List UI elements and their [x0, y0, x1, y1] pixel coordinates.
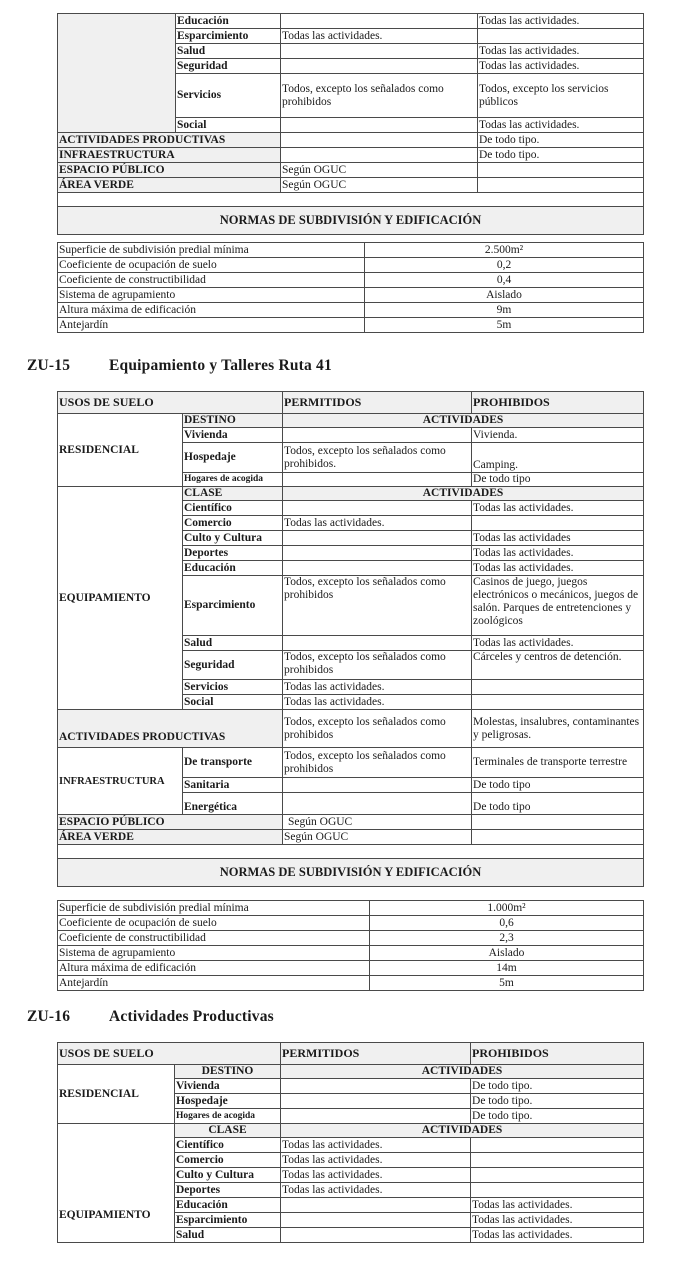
permitidos-cell [283, 546, 472, 561]
clase-cell: Servicios [176, 74, 281, 118]
normas-title: NORMAS DE SUBDIVISIÓN Y EDIFICACIÓN [58, 859, 644, 887]
norma-value: 2,3 [370, 931, 644, 946]
norma-value: 1.000m² [370, 901, 644, 916]
zone-code: ZU-15 [27, 357, 109, 375]
prohibidos-cell: De todo tipo. [478, 148, 644, 163]
clase-cell: Comercio [175, 1153, 281, 1168]
header-prohibidos: PROHIBIDOS [472, 392, 644, 414]
clase-cell: Deportes [183, 546, 283, 561]
norma-value: 5m [365, 318, 644, 333]
permitidos-cell [283, 428, 472, 443]
permitidos-cell [283, 778, 472, 793]
norma-value: Aislado [365, 288, 644, 303]
destino-cell: Hogares de acogida [175, 1109, 281, 1124]
prohibidos-cell: Todas las actividades [472, 531, 644, 546]
permitidos-cell [281, 44, 478, 59]
prohibidos-cell [471, 1168, 644, 1183]
permitidos-cell [283, 561, 472, 576]
prohibidos-cell: Camping. [472, 443, 644, 473]
permitidos-cell [281, 1079, 471, 1094]
permitidos-cell: Según OGUC [283, 815, 472, 830]
clase-cell: Social [176, 118, 281, 133]
clase-cell: Deportes [175, 1183, 281, 1198]
norma-label: Coeficiente de ocupación de suelo [58, 258, 365, 273]
actividades-header: ACTIVIDADES [283, 487, 644, 501]
clase-cell: Seguridad [176, 59, 281, 74]
permitidos-cell: Según OGUC [281, 178, 478, 193]
zu14-normas-table: Superficie de subdivisión predial mínima… [57, 242, 644, 333]
residencial-label: RESIDENCIAL [58, 414, 183, 487]
clase-cell: Salud [176, 44, 281, 59]
infraestructura-label: INFRAESTRUCTURA [58, 748, 183, 815]
clase-cell: Esparcimiento [176, 29, 281, 44]
prohibidos-cell: Todas las actividades. [471, 1228, 644, 1243]
header-usos: USOS DE SUELO [58, 1043, 281, 1065]
prohibidos-cell: Todos, excepto los servicios públicos [478, 74, 644, 118]
permitidos-cell [281, 1198, 471, 1213]
norma-value: 2.500m² [365, 243, 644, 258]
permitidos-cell [281, 133, 478, 148]
prohibidos-cell [472, 680, 644, 695]
prohibidos-cell: Todas las actividades. [472, 636, 644, 651]
norma-label: Coeficiente de ocupación de suelo [58, 916, 370, 931]
zu15-normas-table: Superficie de subdivisión predial mínima… [57, 900, 644, 991]
prohibidos-cell [472, 830, 644, 845]
prohibidos-cell [472, 815, 644, 830]
espacio-publico-label: ESPACIO PÚBLICO [58, 815, 283, 830]
prohibidos-cell: Todas las actividades. [472, 546, 644, 561]
clase-cell: Educación [175, 1198, 281, 1213]
zone-name: Actividades Productivas [109, 1008, 274, 1025]
destino-cell: Hogares de acogida [183, 473, 283, 487]
permitidos-cell: Todos, excepto los señalados como prohib… [283, 748, 472, 778]
header-permitidos: PERMITIDOS [283, 392, 472, 414]
permitidos-cell [283, 636, 472, 651]
zu14-usos-table-fragment: Educación Todas las actividades. Esparci… [57, 13, 644, 235]
clase-cell: Servicios [183, 680, 283, 695]
norma-label: Coeficiente de constructibilidad [58, 273, 365, 288]
permitidos-cell: Todos, excepto los señalados como prohib… [283, 710, 472, 748]
prohibidos-cell: Todas las actividades. [471, 1198, 644, 1213]
equipamiento-label: EQUIPAMIENTO [58, 1124, 175, 1243]
zone-name: Equipamiento y Talleres Ruta 41 [109, 357, 332, 374]
permitidos-cell [283, 531, 472, 546]
clase-header: CLASE [183, 487, 283, 501]
norma-value: 0,6 [370, 916, 644, 931]
norma-label: Antejardín [58, 318, 365, 333]
clase-cell: Científico [183, 501, 283, 516]
destino-cell: Hospedaje [183, 443, 283, 473]
uso-label-cell: ACTIVIDADES PRODUCTIVAS [58, 133, 281, 148]
permitidos-cell: Todas las actividades. [283, 680, 472, 695]
permitidos-cell: Todas las actividades. [281, 1183, 471, 1198]
permitidos-cell: Todas las actividades. [281, 1138, 471, 1153]
clase-cell: Culto y Cultura [175, 1168, 281, 1183]
permitidos-cell [281, 1109, 471, 1124]
destino-header: DESTINO [175, 1065, 281, 1079]
clase-cell: Salud [175, 1228, 281, 1243]
uso-label-cell: INFRAESTRUCTURA [58, 148, 281, 163]
permitidos-cell: Todos, excepto los señalados como prohib… [283, 576, 472, 636]
prohibidos-cell: Todas las actividades. [478, 118, 644, 133]
norma-value: 5m [370, 976, 644, 991]
prohibidos-cell [478, 29, 644, 44]
permitidos-cell [281, 1094, 471, 1109]
prohibidos-cell: De todo tipo. [471, 1079, 644, 1094]
permitidos-cell [283, 473, 472, 487]
clase-cell: Educación [183, 561, 283, 576]
prohibidos-cell: De todo tipo [472, 473, 644, 487]
prohibidos-cell [471, 1138, 644, 1153]
clase-cell: Científico [175, 1138, 281, 1153]
norma-label: Superficie de subdivisión predial mínima [58, 243, 365, 258]
norma-value: 0,2 [365, 258, 644, 273]
norma-value: 0,4 [365, 273, 644, 288]
prohibidos-cell [478, 178, 644, 193]
prohibidos-cell: De todo tipo. [471, 1109, 644, 1124]
clase-cell: Seguridad [183, 651, 283, 680]
zu15-usos-table: USOS DE SUELO PERMITIDOS PROHIBIDOS RESI… [57, 391, 644, 887]
permitidos-cell: Todos, excepto los señalados como prohib… [281, 74, 478, 118]
section-title-zu16: ZU-16Actividades Productivas [27, 1008, 274, 1026]
prohibidos-cell: Todas las actividades. [472, 501, 644, 516]
normas-title: NORMAS DE SUBDIVISIÓN Y EDIFICACIÓN [58, 207, 644, 235]
zone-code: ZU-16 [27, 1008, 109, 1026]
actividades-header: ACTIVIDADES [281, 1065, 644, 1079]
prohibidos-cell: Casinos de juego, juegos electrónicos o … [472, 576, 644, 636]
prohibidos-cell: Todas las actividades. [471, 1213, 644, 1228]
clase-cell: Culto y Cultura [183, 531, 283, 546]
norma-label: Antejardín [58, 976, 370, 991]
prohibidos-cell [471, 1153, 644, 1168]
clase-cell: Comercio [183, 516, 283, 531]
permitidos-cell: Todas las actividades. [283, 516, 472, 531]
equipamiento-label-cell [58, 14, 176, 133]
prohibidos-cell [472, 516, 644, 531]
permitidos-cell [281, 1213, 471, 1228]
destino-cell: Hospedaje [175, 1094, 281, 1109]
clase-header: CLASE [175, 1124, 281, 1138]
clase-cell: Esparcimiento [175, 1213, 281, 1228]
permitidos-cell: Todos, excepto los señalados como prohib… [283, 443, 472, 473]
prohibidos-cell: Todas las actividades. [472, 561, 644, 576]
norma-label: Coeficiente de constructibilidad [58, 931, 370, 946]
actividades-productivas-label: ACTIVIDADES PRODUCTIVAS [58, 710, 283, 748]
permitidos-cell: Todas las actividades. [281, 1153, 471, 1168]
prohibidos-cell: Todas las actividades. [478, 59, 644, 74]
permitidos-cell [281, 1228, 471, 1243]
zu16-usos-table: USOS DE SUELO PERMITIDOS PROHIBIDOS RESI… [57, 1042, 644, 1243]
norma-value: 9m [365, 303, 644, 318]
clase-cell: Esparcimiento [183, 576, 283, 636]
tipo-cell: Energética [183, 793, 283, 815]
header-usos: USOS DE SUELO [58, 392, 283, 414]
permitidos-cell: Según OGUC [283, 830, 472, 845]
prohibidos-cell: De todo tipo. [471, 1094, 644, 1109]
norma-label: Sistema de agrupamiento [58, 288, 365, 303]
permitidos-cell [283, 793, 472, 815]
prohibidos-cell [471, 1183, 644, 1198]
norma-label: Sistema de agrupamiento [58, 946, 370, 961]
equipamiento-label: EQUIPAMIENTO [58, 487, 183, 710]
permitidos-cell [283, 501, 472, 516]
area-verde-label: ÁREA VERDE [58, 830, 283, 845]
prohibidos-cell: Vivienda. [472, 428, 644, 443]
prohibidos-cell: Molestas, insalubres, contaminantes y pe… [472, 710, 644, 748]
norma-value: Aislado [370, 946, 644, 961]
header-prohibidos: PROHIBIDOS [471, 1043, 644, 1065]
prohibidos-cell: De todo tipo [472, 778, 644, 793]
clase-cell: Educación [176, 14, 281, 29]
destino-cell: Vivienda [183, 428, 283, 443]
permitidos-cell: Todos, excepto los señalados como prohib… [283, 651, 472, 680]
permitidos-cell [281, 59, 478, 74]
norma-label: Superficie de subdivisión predial mínima [58, 901, 370, 916]
spacer-row [58, 193, 644, 207]
norma-label: Altura máxima de edificación [58, 961, 370, 976]
destino-header: DESTINO [183, 414, 283, 428]
permitidos-cell: Todas las actividades. [281, 1168, 471, 1183]
permitidos-cell [281, 148, 478, 163]
prohibidos-cell [478, 163, 644, 178]
header-permitidos: PERMITIDOS [281, 1043, 471, 1065]
prohibidos-cell: De todo tipo. [478, 133, 644, 148]
permitidos-cell: Según OGUC [281, 163, 478, 178]
prohibidos-cell: Cárceles y centros de detención. [472, 651, 644, 680]
tipo-cell: Sanitaria [183, 778, 283, 793]
prohibidos-cell [472, 695, 644, 710]
prohibidos-cell: Todas las actividades. [478, 14, 644, 29]
destino-cell: Vivienda [175, 1079, 281, 1094]
norma-value: 14m [370, 961, 644, 976]
section-title-zu15: ZU-15Equipamiento y Talleres Ruta 41 [27, 357, 332, 375]
clase-cell: Salud [183, 636, 283, 651]
uso-label-cell: ESPACIO PÚBLICO [58, 163, 281, 178]
uso-label-cell: ÁREA VERDE [58, 178, 281, 193]
spacer-row [58, 845, 644, 859]
permitidos-cell: Todas las actividades. [281, 29, 478, 44]
prohibidos-cell: Todas las actividades. [478, 44, 644, 59]
permitidos-cell: Todas las actividades. [283, 695, 472, 710]
permitidos-cell [281, 118, 478, 133]
clase-cell: Social [183, 695, 283, 710]
permitidos-cell [281, 14, 478, 29]
prohibidos-cell: Terminales de transporte terrestre [472, 748, 644, 778]
tipo-cell: De transporte [183, 748, 283, 778]
actividades-header: ACTIVIDADES [281, 1124, 644, 1138]
norma-label: Altura máxima de edificación [58, 303, 365, 318]
prohibidos-cell: De todo tipo [472, 793, 644, 815]
residencial-label: RESIDENCIAL [58, 1065, 175, 1124]
actividades-header: ACTIVIDADES [283, 414, 644, 428]
